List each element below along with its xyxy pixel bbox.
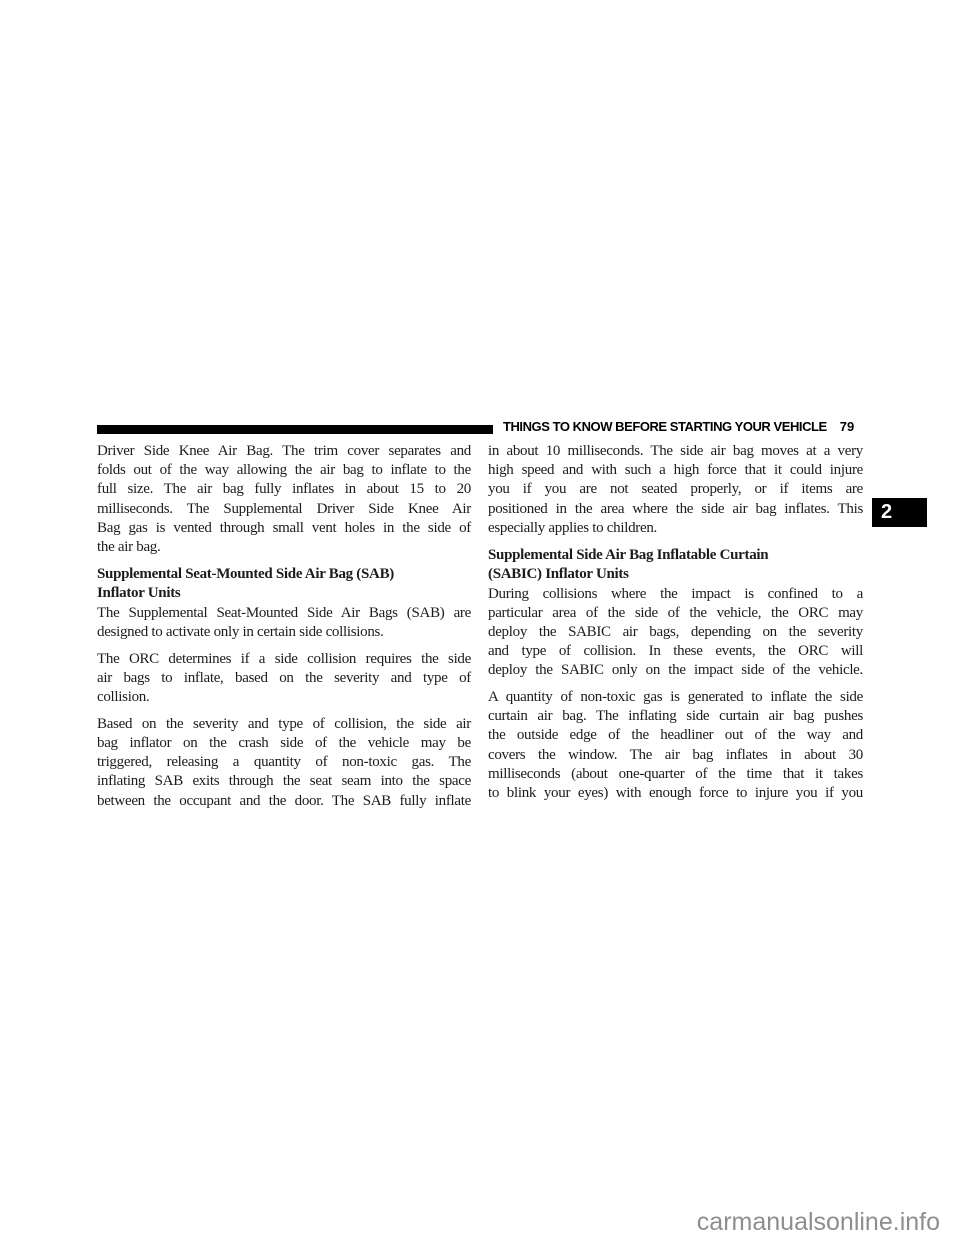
text-line: between the occupant and the door. The S… [97, 792, 471, 811]
running-header: THINGS TO KNOW BEFORE STARTING YOUR VEHI… [503, 419, 854, 435]
text-line: deploy the SABIC only on the impact side… [488, 661, 863, 680]
text-line: air bags to inflate, based on the severi… [97, 669, 471, 688]
text-line: A quantity of non-toxic gas is generated… [488, 688, 863, 707]
chapter-tab-number: 2 [881, 501, 892, 523]
text-line: curtain air bag. The inflating side curt… [488, 707, 863, 726]
running-header-title: THINGS TO KNOW BEFORE STARTING YOUR VEHI… [503, 419, 827, 434]
text-line: covers the window. The air bag inflates … [488, 746, 863, 765]
text-line: inflating SAB exits through the seat sea… [97, 772, 471, 791]
text-line: bag inflator on the crash side of the ve… [97, 734, 471, 753]
page-number: 79 [840, 419, 854, 434]
text-line: positioned in the area where the side ai… [488, 500, 863, 519]
text-line: especially applies to children. [488, 519, 863, 538]
text-line: folds out of the way allowing the air ba… [97, 461, 471, 480]
left-column: Driver Side Knee Air Bag. The trim cover… [97, 442, 471, 818]
text-line: the air bag. [97, 538, 471, 557]
paragraph: Driver Side Knee Air Bag. The trim cover… [97, 442, 471, 557]
section-heading: Supplemental Side Air Bag Inflatable Cur… [488, 546, 863, 585]
text-line: During collisions where the impact is co… [488, 585, 863, 604]
text-line: Driver Side Knee Air Bag. The trim cover… [97, 442, 471, 461]
text-line: (SABIC) Inflator Units [488, 565, 863, 585]
text-line: The ORC determines if a side collision r… [97, 650, 471, 669]
text-line: you if you are not seated properly, or i… [488, 480, 863, 499]
text-line: full size. The air bag fully inflates in… [97, 480, 471, 499]
paragraph: During collisions where the impact is co… [488, 585, 863, 681]
text-line: in about 10 milliseconds. The side air b… [488, 442, 863, 461]
text-line: Supplemental Side Air Bag Inflatable Cur… [488, 546, 863, 566]
section-heading: Supplemental Seat-Mounted Side Air Bag (… [97, 565, 471, 604]
text-line: The Supplemental Seat-Mounted Side Air B… [97, 604, 471, 623]
text-line: the outside edge of the headliner out of… [488, 726, 863, 745]
text-line: triggered, releasing a quantity of non-t… [97, 753, 471, 772]
text-line: Bag gas is vented through small vent hol… [97, 519, 471, 538]
text-line: designed to activate only in certain sid… [97, 623, 471, 642]
chapter-tab: 2 [872, 498, 927, 527]
text-line: and type of collision. In these events, … [488, 642, 863, 661]
watermark: carmanualsonline.info [697, 1208, 940, 1237]
paragraph: in about 10 milliseconds. The side air b… [488, 442, 863, 538]
text-line: Based on the severity and type of collis… [97, 715, 471, 734]
text-line: milliseconds. The Supplemental Driver Si… [97, 500, 471, 519]
paragraph: The Supplemental Seat-Mounted Side Air B… [97, 604, 471, 642]
text-line: to blink your eyes) with enough force to… [488, 784, 863, 803]
text-line: milliseconds (about one-quarter of the t… [488, 765, 863, 784]
paragraph: The ORC determines if a side collision r… [97, 650, 471, 708]
text-line: deploy the SABIC air bags, depending on … [488, 623, 863, 642]
manual-page: THINGS TO KNOW BEFORE STARTING YOUR VEHI… [0, 0, 960, 1242]
text-line: collision. [97, 688, 471, 707]
header-rule-bar [97, 425, 493, 434]
paragraph: Based on the severity and type of collis… [97, 715, 471, 811]
text-line: Supplemental Seat-Mounted Side Air Bag (… [97, 565, 471, 585]
text-line: high speed and with such a high force th… [488, 461, 863, 480]
text-line: particular area of the side of the vehic… [488, 604, 863, 623]
text-line: Inflator Units [97, 584, 471, 604]
right-column: in about 10 milliseconds. The side air b… [488, 442, 863, 811]
paragraph: A quantity of non-toxic gas is generated… [488, 688, 863, 803]
